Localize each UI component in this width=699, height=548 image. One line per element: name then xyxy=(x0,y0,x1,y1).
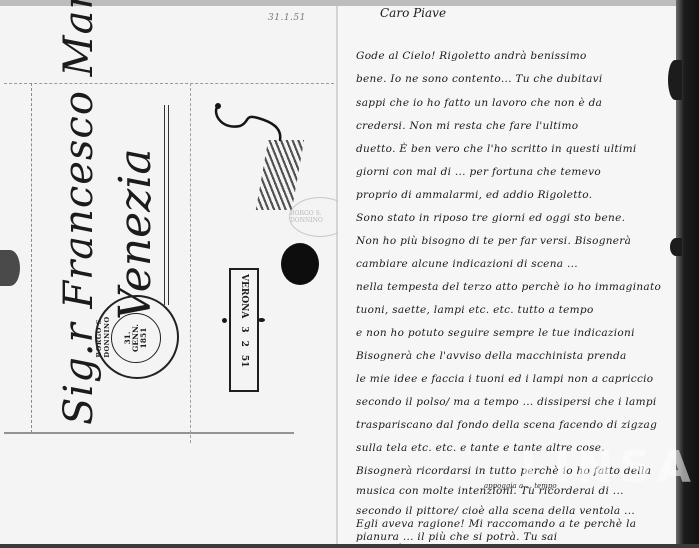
postmark-date: 31. GENN. 1851 xyxy=(111,313,161,363)
fold-line xyxy=(4,83,334,85)
wax-seal xyxy=(281,243,319,285)
postmark-year: 1851 xyxy=(140,328,148,349)
ink-spot xyxy=(258,318,265,322)
manuscript-scan: 31.1.51 Sig.r Francesco Maria Piave Vene… xyxy=(0,0,699,548)
stamp-day: 3 xyxy=(239,326,249,332)
borgo-postmark: BORGO S. DONNINO 31. GENN. 1851 xyxy=(95,295,179,379)
letter-line: le mie idee e faccia i tuoni ed i lampi … xyxy=(356,373,653,385)
fold-line xyxy=(31,83,33,433)
letter-line: Sono stato in riposo tre giorni ed oggi … xyxy=(356,212,625,224)
letter-line: pianura ... il più che si potrà. Tu sai xyxy=(356,531,557,543)
letter-line: duetto. È ben vero che l'ho scritto in q… xyxy=(356,143,637,155)
torn-edge xyxy=(670,238,682,256)
postmark-town: BORGO S. DONNINO xyxy=(95,297,111,377)
letter-line: traspariscano dal fondo della scena face… xyxy=(356,419,657,431)
letter-line: Bisognerà che l'avviso della macchinista… xyxy=(356,350,627,362)
torn-edge xyxy=(0,250,20,286)
letter-line: Non ho più bisogno di te per far versi. … xyxy=(356,235,631,247)
archive-number: 31.1.51 xyxy=(268,13,306,23)
address-underline xyxy=(164,105,169,305)
letter-line: giorni con mal di ... per fortuna che te… xyxy=(356,166,601,178)
letter-line: nella tempesta del terzo atto perchè io … xyxy=(356,281,661,293)
letter-line: Egli aveva ragione! Mi raccomando a te p… xyxy=(356,518,636,530)
letter-line: credersi. Non mi resta che fare l'ultimo xyxy=(356,120,578,132)
letter-line: secondo il pittore/ cioè alla scena dell… xyxy=(356,505,635,517)
ink-spot xyxy=(222,318,227,323)
letter-line: e non ho potuto seguire sempre le tue in… xyxy=(356,327,635,339)
letter-line: bene. Io ne sono contento... Tu che dubi… xyxy=(356,73,603,85)
letter-line: cambiare alcune indicazioni di scena ... xyxy=(356,258,578,270)
stamp-month: 2 xyxy=(239,341,249,347)
scan-bottom-border xyxy=(0,544,699,548)
fold-line xyxy=(4,432,294,434)
stamp-year: 51 xyxy=(239,355,249,368)
fold-line xyxy=(190,83,192,443)
letter-line: Gode al Cielo! Rigoletto andrà benissimo xyxy=(356,50,587,62)
letter-line: secondo il polso/ ma a tempo ... dissipe… xyxy=(356,396,657,408)
torn-edge xyxy=(668,60,682,100)
letter-line: sappi che io ho fatto un lavoro che non … xyxy=(356,97,602,109)
letter-line: tuoni, saette, lampi etc. etc. tutto a t… xyxy=(356,304,594,316)
letter-line: proprio di ammalarmi, ed addio Rigoletto… xyxy=(356,189,592,201)
salutation: Caro Piave xyxy=(380,6,446,20)
verona-transit-stamp: VERONA 3 2 51 xyxy=(229,268,259,392)
watermark: LINSA xyxy=(520,442,697,493)
stamp-city: VERONA xyxy=(239,274,249,318)
